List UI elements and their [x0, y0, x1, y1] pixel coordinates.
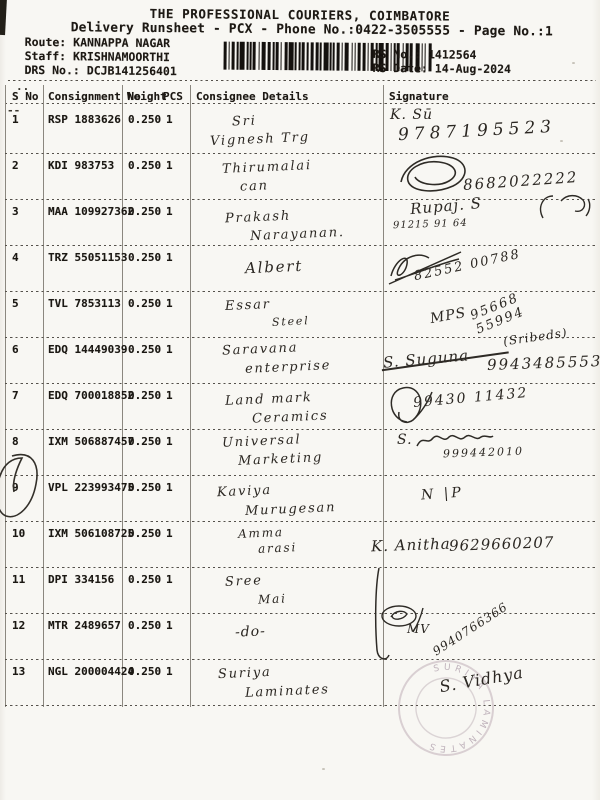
table-row: 9 VPL 223993475 0.250 1 Kaviya Murugesan… — [0, 476, 600, 522]
cell-pcs: 1 — [166, 435, 173, 448]
signature-name: K. Anitha — [371, 535, 451, 556]
cell-pcs: 1 — [166, 343, 173, 356]
cell-pcs: 1 — [166, 665, 173, 678]
cell-weight: 0.250 — [128, 113, 161, 126]
table-row: 10 IXM 506108725 0.250 1 Amma arasi K. A… — [0, 522, 600, 568]
signature-name: N |P — [420, 485, 464, 504]
cell-pcs: 1 — [166, 619, 173, 632]
consignee-cell: Thirumalai can — [190, 154, 382, 200]
table-row: 1 RSP 1883626 0.250 1 Sri Vignesh Trg K.… — [0, 108, 600, 154]
cell-weight: 0.250 — [128, 159, 161, 172]
signature-name: S. — [397, 432, 413, 448]
drs-label: DRS No.: — [24, 63, 80, 77]
cell-pcs: 1 — [166, 527, 173, 540]
signature-cell: K. Sū 9787195523 — [383, 108, 597, 154]
cell-pcs: 1 — [166, 481, 173, 494]
table-row: 4 TRZ 55051153 0.250 1 Albert 82552 0078… — [0, 246, 600, 292]
cell-weight: 0.250 — [128, 435, 161, 448]
scan-speck — [572, 62, 575, 64]
cell-serial-no: 8 — [12, 435, 19, 448]
cell-serial-no: 5 — [12, 297, 19, 310]
cell-serial-no: 11 — [12, 573, 25, 586]
signature-phone: 8682022222 — [463, 168, 579, 194]
table-row: 6 EDQ 14449039 0.250 1 Saravana enterpri… — [0, 338, 600, 384]
consignee-line-2: arasi — [258, 540, 298, 556]
signature-scribble-icon — [395, 150, 473, 202]
signature-scribble-icon — [385, 246, 467, 292]
cell-consignment-no: RSP 1883626 — [48, 113, 121, 126]
table-row: 3 MAA 109927362 0.250 1 Prakash Narayana… — [0, 200, 600, 246]
cell-pcs: 1 — [166, 297, 173, 310]
consignee-line-2: enterprise — [245, 358, 332, 377]
table-row: 11 DPI 334156 0.250 1 Sree Mai — [0, 568, 600, 614]
consignee-line-1: Sree — [225, 573, 263, 590]
cell-weight: 0.250 — [128, 205, 161, 218]
cell-pcs: 1 — [166, 389, 173, 402]
cell-weight: 0.250 — [128, 297, 161, 310]
signature-cell: Rupaj. S 91215 91 64 — [383, 200, 597, 246]
signature-scribble-icon — [383, 382, 435, 432]
rs-date-label: RS Date: — [372, 61, 428, 75]
consignee-line-1: Albert — [245, 257, 304, 278]
consignee-line-2: can — [240, 178, 269, 194]
col-header-consignee: Consignee Details — [196, 90, 309, 103]
table-row: 13 NGL 200004424 0.250 1 Suriya Laminate… — [0, 660, 600, 706]
consignee-line-2: Laminates — [245, 682, 330, 701]
consignee-line-1: Thirumalai — [222, 158, 313, 177]
cell-serial-no: 12 — [12, 619, 25, 632]
cell-consignment-no: IXM 506887457 — [48, 435, 134, 448]
consignee-line-1: -do- — [235, 623, 267, 640]
cell-weight: 0.250 — [128, 573, 161, 586]
table-row: 7 EDQ 700018852 0.250 1 Land mark Cerami… — [0, 384, 600, 430]
rs-no-label: RS No.: — [373, 47, 422, 61]
signature-cell: 82552 00788 — [383, 246, 597, 292]
rs-date-line: RS Date: 14-Aug-2024 — [372, 61, 511, 76]
signature-phone: 91215 91 64 — [393, 218, 468, 232]
cell-consignment-no: EDQ 700018852 — [48, 389, 134, 402]
signature-cell: S. Vidhya — [383, 660, 597, 706]
cell-serial-no: 13 — [12, 665, 25, 678]
consignee-line-2: Marketing — [238, 450, 324, 469]
signature-cell: K. Anitha 9629660207 — [383, 522, 597, 568]
cell-consignment-no: IXM 506108725 — [48, 527, 134, 540]
cell-consignment-no: VPL 223993475 — [48, 481, 134, 494]
route-value: KANNAPPA NAGAR — [73, 35, 170, 50]
rs-no-line: RS No.: 1412564 — [373, 47, 477, 62]
cell-pcs: 1 — [166, 205, 173, 218]
consignee-line-2: Ceramics — [252, 408, 329, 426]
cell-consignment-no: MAA 109927362 — [48, 205, 134, 218]
header: THE PROFESSIONAL COURIERS, COIMBATORE De… — [0, 0, 600, 5]
table-row: 5 TVL 7853113 0.250 1 Essar Steel MPS 95… — [0, 292, 600, 338]
signature-phone: 9629660207 — [449, 533, 555, 555]
cell-consignment-no: NGL 200004424 — [48, 665, 134, 678]
signature-phone: 9943485553 — [487, 352, 600, 374]
cell-weight: 0.250 — [128, 389, 161, 402]
consignee-line-1: Universal — [222, 432, 302, 450]
consignee-line-2: Mai — [258, 591, 287, 606]
cell-serial-no: 2 — [12, 159, 19, 172]
table-rows: 1 RSP 1883626 0.250 1 Sri Vignesh Trg K.… — [0, 108, 600, 706]
consignee-cell: Prakash Narayanan. — [190, 200, 382, 246]
consignee-line-2: Narayanan. — [250, 225, 345, 244]
consignee-cell: Saravana enterprise — [190, 338, 382, 384]
consignee-cell: Land mark Ceramics — [190, 384, 382, 430]
consignee-line-2: Vignesh Trg — [210, 130, 310, 149]
rs-no-value: 1412564 — [428, 47, 477, 61]
signature-cell: 99430 11432 — [383, 384, 597, 430]
consignee-cell: Sree Mai — [190, 568, 382, 614]
scan-speck — [322, 768, 325, 770]
staff-label: Staff: — [25, 49, 67, 63]
signature-cell: N |P — [383, 476, 597, 522]
signature-name: MPS — [429, 305, 468, 327]
consignee-cell: Universal Marketing — [190, 430, 382, 476]
cell-serial-no: 1 — [12, 113, 19, 126]
cell-pcs: 1 — [166, 573, 173, 586]
consignee-line-2: Steel — [272, 314, 310, 329]
cell-pcs: 1 — [166, 159, 173, 172]
consignee-cell: Kaviya Murugesan — [190, 476, 382, 522]
signature-name: S. Vidhya — [438, 663, 525, 696]
consignee-cell: -do- — [190, 614, 382, 660]
cell-serial-no: 3 — [12, 205, 19, 218]
consignee-line-1: Essar — [225, 297, 271, 314]
table-header-separator — [5, 103, 596, 104]
table-row: 2 KDI 983753 0.250 1 Thirumalai can 8682… — [0, 154, 600, 200]
signature-scribble-icon — [369, 566, 393, 668]
cell-weight: 0.250 — [128, 481, 161, 494]
cell-serial-no: 7 — [12, 389, 19, 402]
cell-consignment-no: TVL 7853113 — [48, 297, 121, 310]
signature-cell: MV 9940766366 — [383, 614, 597, 660]
drs-line: DRS No.: DCJB141256401 — [24, 63, 176, 78]
rs-date-value: 14-Aug-2024 — [435, 61, 511, 76]
col-header-pcs: PCS — [163, 90, 183, 103]
signature-name: K. Sū — [390, 107, 433, 123]
cell-serial-no: 10 — [12, 527, 25, 540]
consignee-line-1: Land mark — [225, 390, 313, 409]
col-header-signature: Signature — [389, 90, 449, 103]
margin-circle-mark — [0, 448, 44, 524]
table-row: 12 MTR 2489657 0.250 1 -do- MV 994076636… — [0, 614, 600, 660]
staff-value: KRISHNAMOORTHI — [73, 49, 170, 64]
col-header-sno: S No — [12, 90, 39, 103]
signature-scribble-icon — [535, 192, 593, 228]
signature-scribble-icon — [415, 430, 495, 456]
route-line: Route: KANNAPPA NAGAR — [25, 35, 171, 50]
route-label: Route: — [25, 35, 67, 49]
cell-consignment-no: DPI 334156 — [48, 573, 114, 586]
drs-value: DCJB141256401 — [87, 63, 177, 78]
cell-consignment-no: TRZ 55051153 — [48, 251, 127, 264]
cell-weight: 0.250 — [128, 665, 161, 678]
table-row: 8 IXM 506887457 0.250 1 Universal Market… — [0, 430, 600, 476]
consignee-line-2: Murugesan — [245, 500, 337, 519]
signature-cell: S. Suguna (Sribeds) 9943485553 — [383, 338, 597, 384]
cell-pcs: 1 — [166, 113, 173, 126]
consignee-cell: Sri Vignesh Trg — [190, 108, 382, 154]
runsheet-page: THE PROFESSIONAL COURIERS, COIMBATORE De… — [0, 0, 600, 800]
signature-name: S. Suguna — [382, 346, 469, 371]
cell-weight: 0.250 — [128, 251, 161, 264]
cell-weight: 0.250 — [128, 527, 161, 540]
consignee-cell: Suriya Laminates — [190, 660, 382, 706]
col-header-weight: Weight — [127, 90, 167, 103]
cell-consignment-no: EDQ 14449039 — [48, 343, 127, 356]
consignee-line-1: Saravana — [222, 340, 299, 358]
consignee-cell: Essar Steel — [190, 292, 382, 338]
consignee-line-1: Amma — [238, 525, 284, 541]
cell-serial-no: 6 — [12, 343, 19, 356]
header-separator — [8, 80, 596, 81]
signature-cell: S. 999442010 — [383, 430, 597, 476]
consignee-line-1: Suriya — [218, 665, 272, 682]
consignee-cell: Amma arasi — [190, 522, 382, 568]
consignee-line-1: Kaviya — [217, 483, 272, 500]
cell-consignment-no: MTR 2489657 — [48, 619, 121, 632]
cell-consignment-no: KDI 983753 — [48, 159, 114, 172]
cell-pcs: 1 — [166, 251, 173, 264]
staff-line: Staff: KRISHNAMOORTHI — [25, 49, 171, 64]
consignee-line-1: Prakash — [225, 209, 292, 227]
consignee-cell: Albert — [190, 246, 382, 292]
cell-serial-no: 4 — [12, 251, 19, 264]
consignee-line-1: Sri — [232, 113, 257, 129]
cell-weight: 0.250 — [128, 343, 161, 356]
cell-weight: 0.250 — [128, 619, 161, 632]
